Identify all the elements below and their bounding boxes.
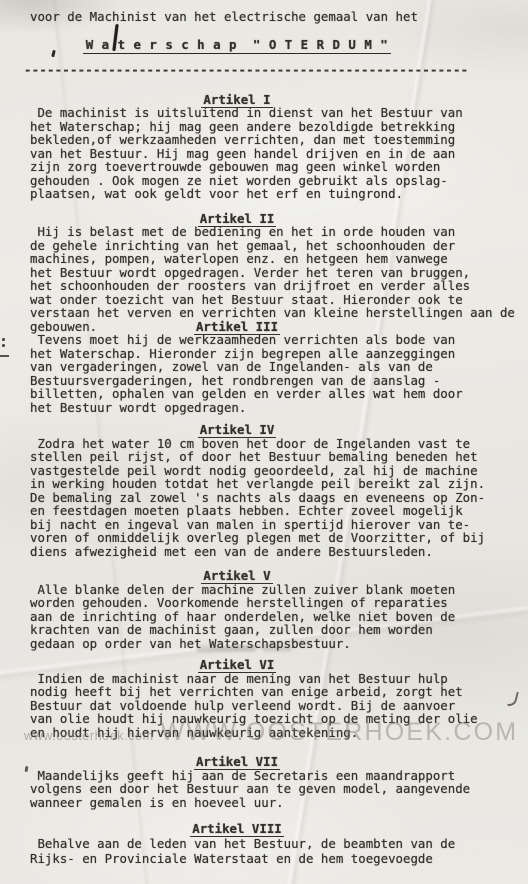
article-4: Artikel IV Zodra het water 10 cm boven h…	[30, 423, 500, 558]
article-2-line-2: de gehele inrichting van het gemaal, het…	[30, 239, 500, 253]
article-2-line-6: wat onder toezicht van het Bestuur staat…	[30, 293, 500, 307]
article-8-heading-row: Artikel VIII	[30, 822, 444, 836]
article-8: Artikel VIII Behalve aan de leden van he…	[30, 822, 500, 867]
article-1-line-2: het Waterschap; hij mag geen andere bezo…	[30, 120, 500, 134]
article-4-line-1: Zodra het water 10 cm boven het door de …	[30, 437, 500, 451]
article-4-line-2: stellen peil rijst, of door het Bestuur …	[30, 450, 500, 464]
article-2-heading: Artikel II	[198, 211, 277, 227]
article-2-heading-row: Artikel II	[30, 212, 444, 226]
document-content: voor de Machinist van het electrische ge…	[30, 10, 500, 867]
article-7: Artikel VII Maandelijks geeft hij aan de…	[30, 755, 500, 809]
article-6-heading-row: Artikel VI	[30, 658, 444, 672]
article-1-heading: Artikel I	[201, 92, 272, 108]
intro-line: voor de Machinist van het electrische ge…	[30, 10, 500, 24]
article-6-line-3: Bestuur dat voldoende hulp verleend word…	[30, 699, 500, 713]
article-7-heading-row: Artikel VII	[30, 755, 444, 769]
title-row: W a t e r s c h a p " O T E R D U M "	[30, 38, 444, 52]
margin-colon-mark	[2, 338, 5, 341]
article-4-line-4: in werking houden totdat het verlangde p…	[30, 477, 500, 491]
article-6: Artikel VI Indien de machinist naar de m…	[30, 658, 500, 739]
article-2-line-3: machines, pompen, waterlopen enz. en het…	[30, 252, 500, 266]
document-title: W a t e r s c h a p " O T E R D U M "	[83, 37, 391, 54]
article-7-heading: Artikel VII	[194, 754, 280, 770]
divider-line: ----------------------------------------…	[24, 63, 474, 77]
articles-container: Artikel I De machinist is uitsluitend in…	[30, 93, 500, 867]
article-4-line-5: De bemaling zal zowel 's nachts als daag…	[30, 491, 500, 505]
article-4-line-9: diens afwezigheid met een van de andere …	[30, 545, 500, 559]
scanned-document: voor de Machinist van het electrische ge…	[0, 0, 528, 884]
article-5-heading-row: Artikel V	[30, 569, 444, 583]
article-1: Artikel I De machinist is uitsluitend in…	[30, 93, 500, 201]
article-5-line-2: worden gehouden. Voorkomende herstelling…	[30, 596, 500, 610]
article-7-line-1: Maandelijks geeft hij aan de Secretaris …	[30, 769, 500, 783]
article-3-line-3: van vergaderingen, zowel van de Ingeland…	[30, 360, 500, 374]
article-1-line-3: bekleden,of werkzaamheden verrichten, da…	[30, 133, 500, 147]
article-3-heading-prefix: gebouwen.	[30, 320, 97, 334]
article-3-line-6: het Bestuur wordt opgedragen.	[30, 401, 500, 415]
article-8-line-1: Behalve aan de leden van het Bestuur, de…	[30, 836, 500, 852]
article-6-line-1: Indien de machinist naar de mening van h…	[30, 672, 500, 686]
article-6-line-2: nodig heeft bij het verrichten van enige…	[30, 685, 500, 699]
margin-dash-mark	[0, 355, 9, 357]
article-4-heading-row: Artikel IV	[30, 423, 444, 437]
article-4-heading: Artikel IV	[198, 422, 277, 438]
article-4-line-7: bij nacht en ingeval van malen in sperti…	[30, 518, 500, 532]
article-5: Artikel V Alle blanke delen der machine …	[30, 569, 500, 650]
article-5-line-5: gedaan op order van het Waterschapsbestu…	[30, 637, 500, 651]
article-3-heading: Artikel III	[194, 319, 280, 335]
article-2: Artikel II Hij is belast met de bedienin…	[30, 212, 500, 320]
article-8-heading: Artikel VIII	[190, 821, 284, 837]
article-5-heading: Artikel V	[201, 568, 272, 584]
article-1-line-7: plaatsen, wat ook geldt voor het erf en …	[30, 187, 500, 201]
article-5-line-1: Alle blanke delen der machine zullen zui…	[30, 583, 500, 597]
article-4-line-8: voren of onmiddelijk overleg plegen met …	[30, 531, 500, 545]
article-2-line-1: Hij is belast met de bediening en het in…	[30, 225, 500, 239]
article-3: gebouwen.Artikel III Tevens moet hij de …	[30, 320, 500, 415]
article-4-line-3: vastgestelde peil wordt nodig geoordeeld…	[30, 464, 500, 478]
article-3-line-4: Bestuursvergaderingen, het rondbrengen v…	[30, 374, 500, 388]
article-8-line-2: Rijks- en Provinciale Waterstaat en de h…	[30, 851, 500, 867]
article-5-line-4: krachten van de machinist gaan, zullen d…	[30, 623, 500, 637]
article-7-line-3: wanneer gemalen is en hoeveel uur.	[30, 796, 500, 810]
article-4-line-6: en feestdagen moeten plaats hebben. Echt…	[30, 504, 500, 518]
article-3-heading-row: gebouwen.Artikel III	[30, 320, 444, 334]
article-6-line-4: van olie houdt hij nauwkeurig toezicht o…	[30, 712, 500, 726]
article-7-line-2: volgens een door het Bestuur aan te geve…	[30, 782, 500, 796]
article-6-heading: Artikel VI	[198, 657, 277, 673]
article-1-heading-row: Artikel I	[30, 93, 444, 107]
margin-squiggle-mark	[507, 690, 519, 707]
article-1-line-6: gehouden . Ook mogen ze niet worden gebr…	[30, 174, 500, 188]
article-6-line-5: en houdt hij hiervan nauwkeurig aanteken…	[30, 726, 500, 740]
article-3-line-2: het Waterschap. Hieronder zijn begrepen …	[30, 347, 500, 361]
article-2-line-5: het schoonhouden der roosters van drijfr…	[30, 279, 500, 293]
article-5-line-3: aan de inrichting of haar onderdelen, we…	[30, 610, 500, 624]
margin-apostrophe-mark	[24, 766, 28, 772]
article-3-line-1: Tevens moet hij de werkzaamheden verrich…	[30, 333, 500, 347]
article-1-line-5: zijn zorg toevertrouwde gebouwen mag gee…	[30, 160, 500, 174]
article-1-line-1: De machinist is uitsluitend in dienst va…	[30, 106, 500, 120]
article-3-line-5: billetten, ophalen van gelden en verder …	[30, 387, 500, 401]
article-2-line-7: verstaan het verven en verrichten van kl…	[30, 306, 500, 320]
article-2-line-4: het Bestuur wordt opgedragen. Verder het…	[30, 266, 500, 280]
article-1-line-4: van het Bestuur. Hij mag geen handel dri…	[30, 147, 500, 161]
